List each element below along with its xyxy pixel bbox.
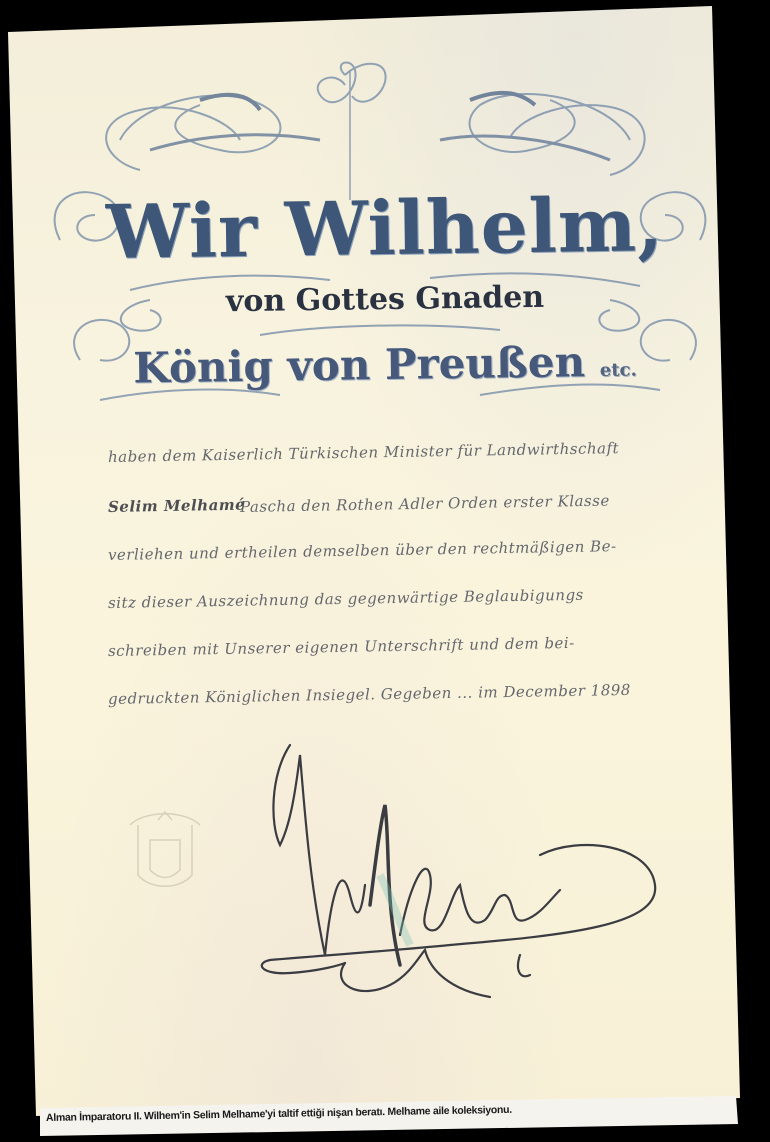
heading-koenig-text: König von Preußen [133, 337, 585, 392]
body-line-2: Selim Melhamé [108, 496, 246, 516]
signature-wilhelm [250, 735, 670, 1005]
embossed-seal-icon [120, 790, 210, 900]
recipient-name: Selim Melhamé [108, 496, 246, 516]
heading-etc: etc. [600, 359, 637, 381]
heading-wir-wilhelm: Wir Wilhelm, [0, 181, 770, 278]
